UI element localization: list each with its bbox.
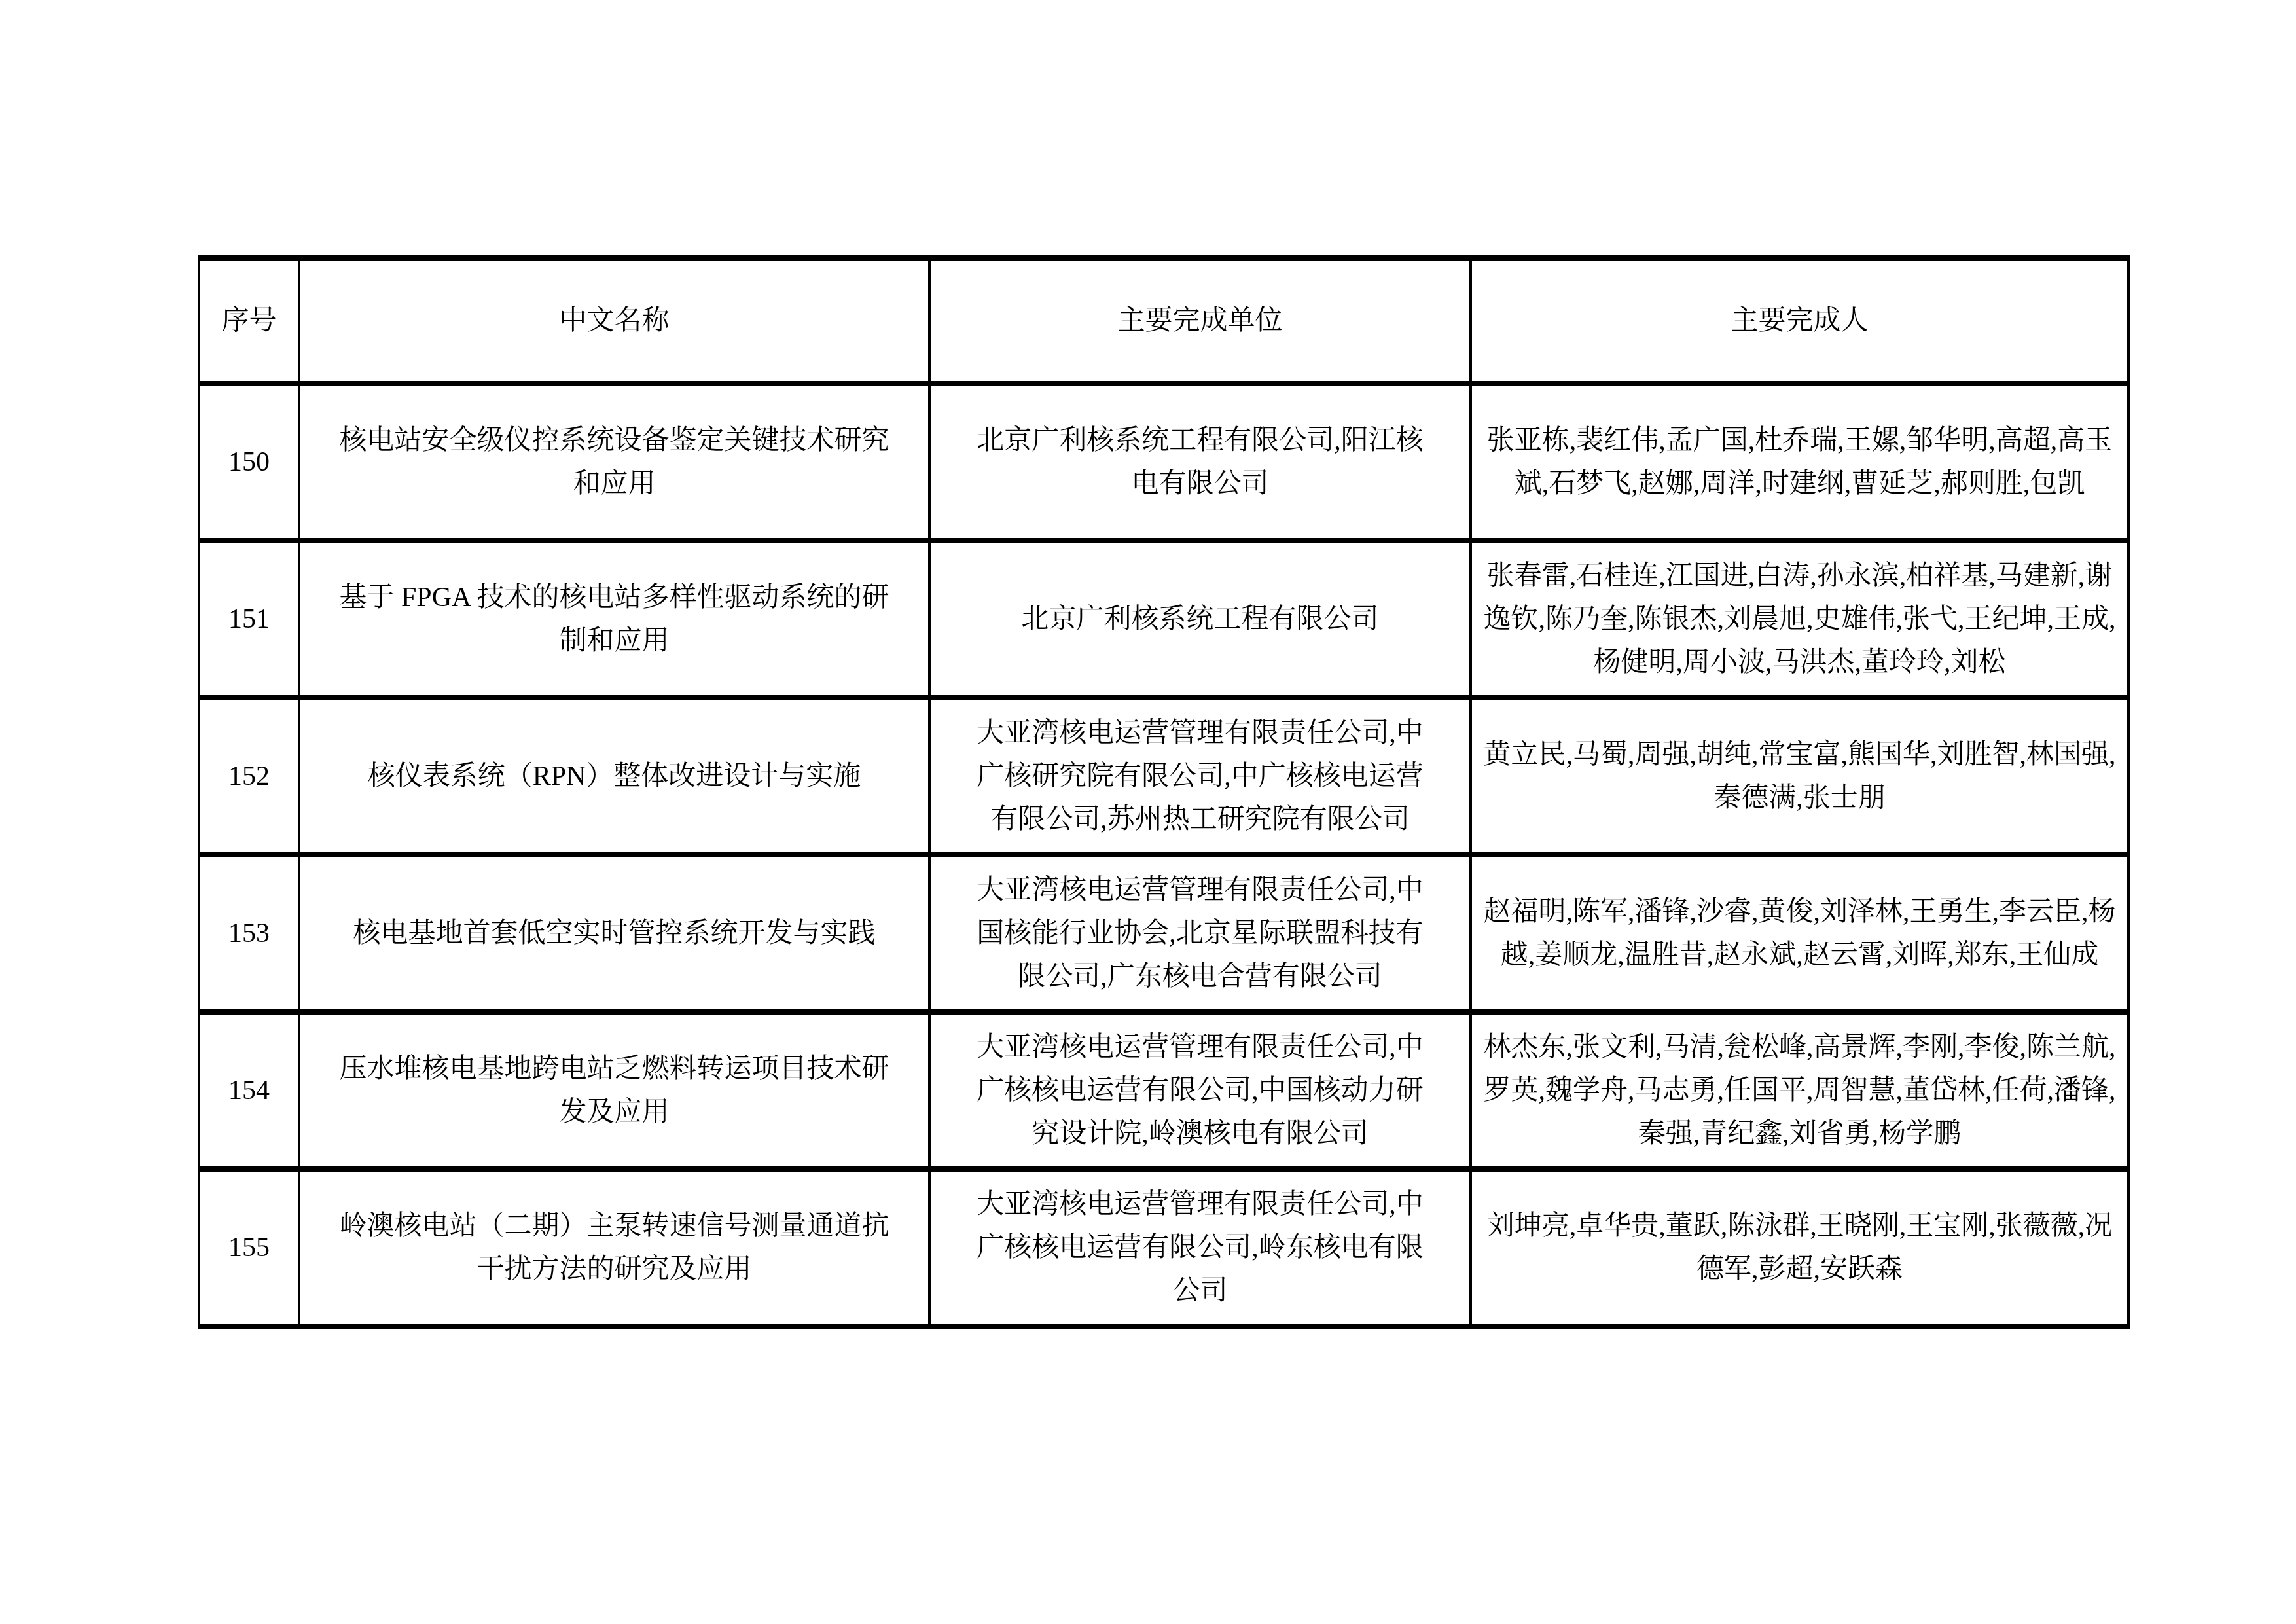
people-cell: 黄立民,马蜀,周强,胡纯,常宝富,熊国华,刘胜智,林国强,秦德满,张士朋: [1471, 698, 2128, 855]
units-cell: 大亚湾核电运营管理有限责任公司,中广核核电运营有限公司,岭东核电有限公司: [929, 1169, 1471, 1326]
awards-table: 序号 中文名称 主要完成单位 主要完成人 150 核电站安全级仪控系统设备鉴定关…: [198, 255, 2130, 1329]
header-name: 中文名称: [299, 258, 929, 384]
header-units: 主要完成单位: [929, 258, 1471, 384]
header-seq: 序号: [199, 258, 299, 384]
people-cell: 张春雷,石桂连,江国进,白涛,孙永滨,柏祥基,马建新,谢逸钦,陈乃奎,陈银杰,刘…: [1471, 541, 2128, 698]
people-cell: 林杰东,张文利,马清,瓮松峰,高景辉,李刚,李俊,陈兰航,罗英,魏学舟,马志勇,…: [1471, 1012, 2128, 1169]
table-row: 150 核电站安全级仪控系统设备鉴定关键技术研究和应用 北京广利核系统工程有限公…: [199, 384, 2128, 541]
header-people: 主要完成人: [1471, 258, 2128, 384]
project-name-cell: 核电基地首套低空实时管控系统开发与实践: [299, 855, 929, 1012]
project-name-cell: 核电站安全级仪控系统设备鉴定关键技术研究和应用: [299, 384, 929, 541]
project-name-cell: 岭澳核电站（二期）主泵转速信号测量通道抗干扰方法的研究及应用: [299, 1169, 929, 1326]
seq-cell: 152: [199, 698, 299, 855]
seq-cell: 151: [199, 541, 299, 698]
seq-cell: 150: [199, 384, 299, 541]
table-row: 152 核仪表系统（RPN）整体改进设计与实施 大亚湾核电运营管理有限责任公司,…: [199, 698, 2128, 855]
table-header-row: 序号 中文名称 主要完成单位 主要完成人: [199, 258, 2128, 384]
units-cell: 大亚湾核电运营管理有限责任公司,中广核核电运营有限公司,中国核动力研究设计院,岭…: [929, 1012, 1471, 1169]
table-row: 155 岭澳核电站（二期）主泵转速信号测量通道抗干扰方法的研究及应用 大亚湾核电…: [199, 1169, 2128, 1326]
project-name-cell: 压水堆核电基地跨电站乏燃料转运项目技术研发及应用: [299, 1012, 929, 1169]
document-page: { "colors": { "background": "#ffffff", "…: [0, 0, 2296, 1624]
people-cell: 刘坤亮,卓华贵,董跃,陈泳群,王晓刚,王宝刚,张薇薇,况德军,彭超,安跃森: [1471, 1169, 2128, 1326]
units-cell: 大亚湾核电运营管理有限责任公司,中广核研究院有限公司,中广核核电运营有限公司,苏…: [929, 698, 1471, 855]
seq-cell: 154: [199, 1012, 299, 1169]
people-cell: 赵福明,陈军,潘锋,沙睿,黄俊,刘泽林,王勇生,李云臣,杨越,姜顺龙,温胜昔,赵…: [1471, 855, 2128, 1012]
units-cell: 北京广利核系统工程有限公司: [929, 541, 1471, 698]
seq-cell: 155: [199, 1169, 299, 1326]
project-name-cell: 基于 FPGA 技术的核电站多样性驱动系统的研制和应用: [299, 541, 929, 698]
seq-cell: 153: [199, 855, 299, 1012]
table-row: 151 基于 FPGA 技术的核电站多样性驱动系统的研制和应用 北京广利核系统工…: [199, 541, 2128, 698]
people-cell: 张亚栋,裴红伟,孟广国,杜乔瑞,王嫘,邹华明,高超,高玉斌,石梦飞,赵娜,周洋,…: [1471, 384, 2128, 541]
table-row: 153 核电基地首套低空实时管控系统开发与实践 大亚湾核电运营管理有限责任公司,…: [199, 855, 2128, 1012]
table-row: 154 压水堆核电基地跨电站乏燃料转运项目技术研发及应用 大亚湾核电运营管理有限…: [199, 1012, 2128, 1169]
units-cell: 大亚湾核电运营管理有限责任公司,中国核能行业协会,北京星际联盟科技有限公司,广东…: [929, 855, 1471, 1012]
project-name-cell: 核仪表系统（RPN）整体改进设计与实施: [299, 698, 929, 855]
units-cell: 北京广利核系统工程有限公司,阳江核电有限公司: [929, 384, 1471, 541]
